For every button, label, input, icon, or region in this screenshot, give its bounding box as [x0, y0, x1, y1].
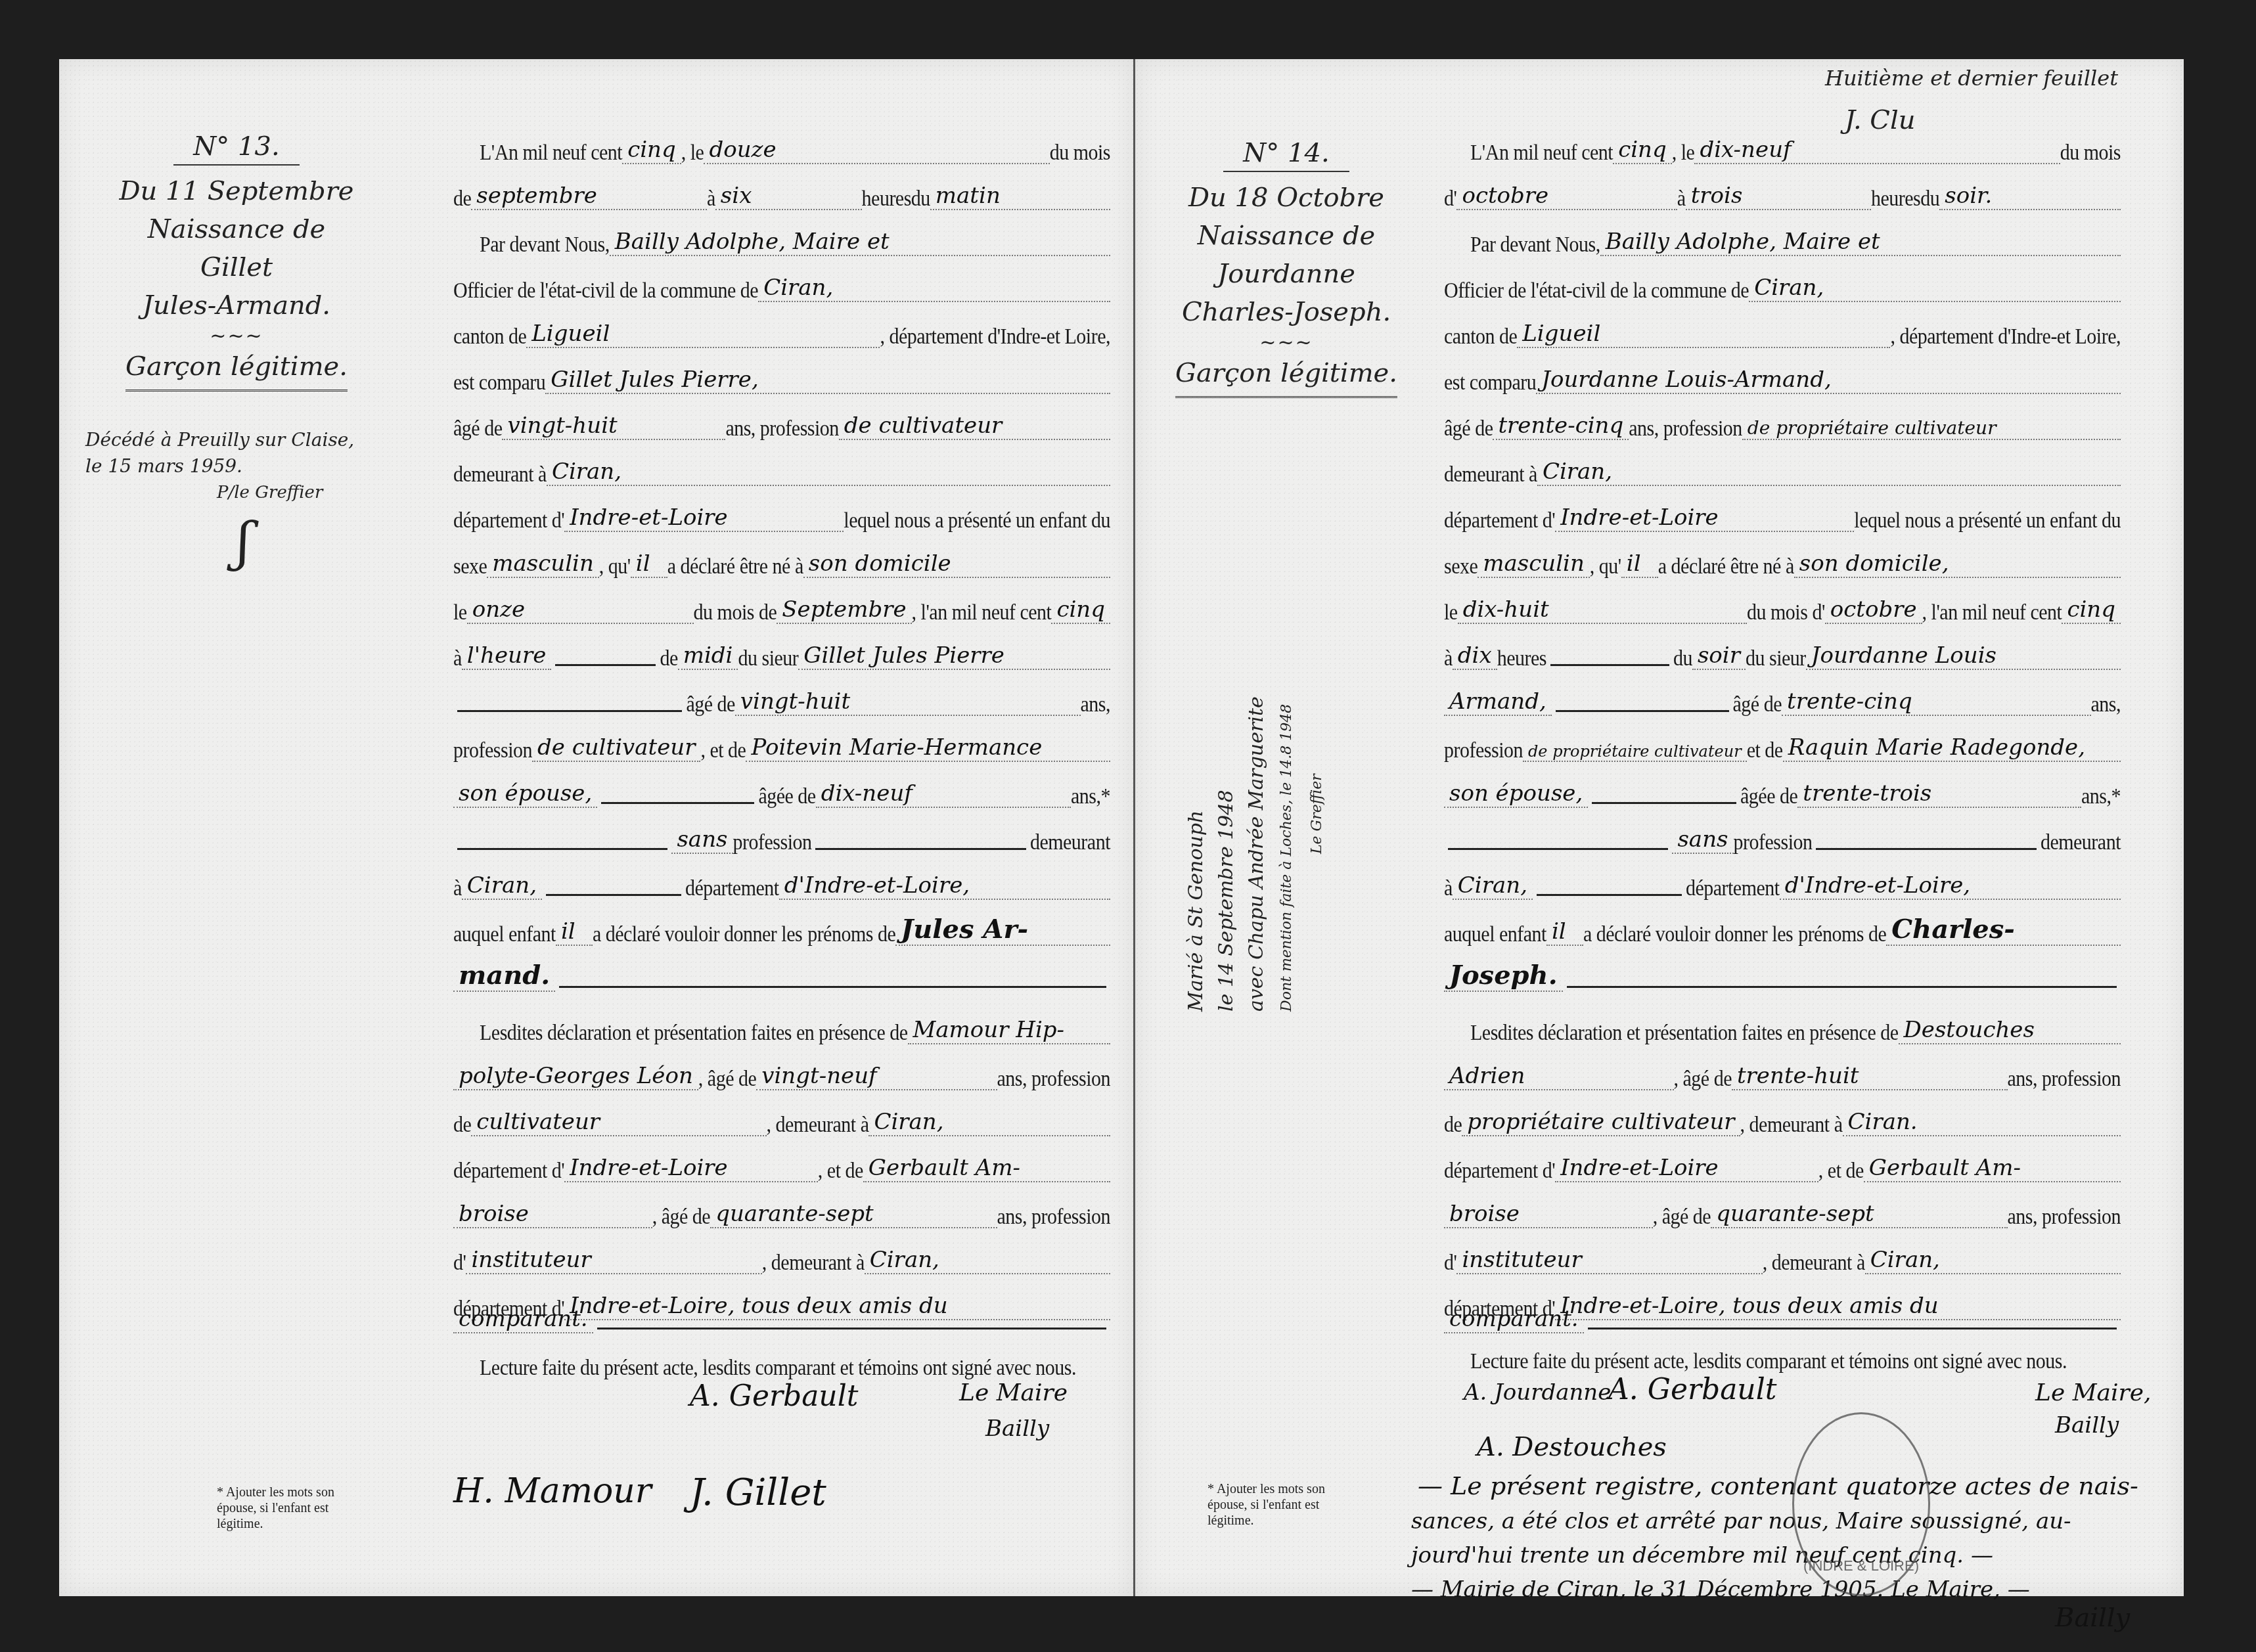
field-parents-department: d'Indre-et-Loire,	[779, 872, 1110, 900]
field-birth-hour: dix	[1453, 642, 1497, 670]
field-day: douze	[704, 137, 1049, 164]
field-witness1: Destouches	[1899, 1017, 2121, 1044]
row-canton: canton deLigueil, département d'Indre-et…	[453, 315, 1110, 348]
marriage-note-line3: avec Chapu Andrée Marguerite	[1242, 696, 1272, 1012]
field-father-profession: de propriétaire cultivateur	[1523, 742, 1747, 762]
act-number: N° 14.	[1223, 138, 1349, 172]
death-note-line1: Décédé à Preuilly sur Claise,	[85, 427, 361, 453]
field-age: vingt-huit	[502, 413, 725, 440]
field-birthplace: son domicile	[803, 550, 1110, 578]
signature-witness2: A. Gerbault	[1608, 1373, 1776, 1406]
mairie-stamp: (INDRE & LOIRE)	[1792, 1412, 1930, 1596]
row-sex: sexemasculin, qu'ila déclaré être né àso…	[453, 545, 1110, 578]
signature-witness1: H. Mamour	[453, 1471, 652, 1511]
mayor-label: Le Maire,	[2035, 1379, 2151, 1406]
row-commune: Officier de l'état-civil de la commune d…	[453, 269, 1110, 302]
row-father-age: âgé devingt-huitans,	[453, 683, 1110, 716]
row-witness1-profession: decultivateur, demeurant àCiran,	[453, 1104, 1110, 1136]
register-closing-statement-cont: sances, a été clos et arrêté par nous, M…	[1411, 1504, 2167, 1607]
field-period: matin	[930, 183, 1110, 210]
field-birth-month: Septembre	[777, 596, 911, 624]
marriage-note: Marié à St Genouph le 14 Septembre 1948 …	[1181, 696, 1332, 1012]
field-commune: Ciran,	[1749, 275, 2121, 302]
row-declarant: est comparuGillet Jules Pierre,	[453, 361, 1110, 394]
signature-declarant: J. Gillet	[690, 1471, 826, 1514]
act-number: N° 13.	[173, 131, 299, 166]
margin-title: Naissance de	[1175, 217, 1398, 255]
signature-declarant: A. Jourdanne	[1464, 1379, 1611, 1406]
field-witness1: Mamour Hip-	[908, 1017, 1110, 1044]
row-reading: Lecture faite du présent acte, lesdits c…	[453, 1347, 1110, 1379]
field-mother: Raquin Marie Radegonde,	[1783, 734, 2121, 762]
marriage-note-line5: Le Greffier	[1302, 696, 1332, 1012]
field-birth-day: onze	[467, 596, 694, 624]
field-witness2-age: quarante-sept	[710, 1201, 997, 1228]
row-residence: demeurant àCiran,	[453, 453, 1110, 486]
field-declarant: Gillet Jules Pierre,	[545, 367, 1110, 394]
field-father: Gillet Jules Pierre	[798, 642, 1110, 670]
margin-date: Du 18 Octobre	[1175, 179, 1398, 217]
field-witness2: Gerbault Am-	[1864, 1155, 2121, 1182]
field-residence: Ciran,	[547, 458, 1110, 486]
field-father-profession: de cultivateur	[532, 734, 700, 762]
field-year: cinq	[622, 137, 681, 164]
closing-line2: sances, a été clos et arrêté par nous, M…	[1411, 1504, 2167, 1538]
row-mother-profession: sansprofessiondemeurant	[453, 821, 1110, 854]
margin-surname: Jourdanne	[1175, 255, 1398, 293]
row-witness1-age: polyte-Georges Léon, âgé devingt-neufans…	[453, 1058, 1110, 1090]
row-witness1: Lesdites déclaration et présentation fai…	[453, 1012, 1110, 1044]
field-declarant: Jourdanne Louis-Armand,	[1536, 367, 2121, 394]
greffier-signature-icon: ʃ	[237, 512, 361, 571]
field-year: cinq	[1613, 137, 1672, 164]
marriage-note-line1: Marié à St Genouph	[1181, 696, 1211, 1012]
field-month: septembre	[471, 183, 707, 210]
marriage-note-line4: Dont mention faite à Loches, le 14.8 194…	[1272, 696, 1302, 1012]
marriage-note-line2: le 14 Septembre 1948	[1211, 696, 1242, 1012]
field-witness1-age: vingt-neuf	[756, 1063, 997, 1090]
act-form-14: L'An mil neuf centcinq, ledix-neufdu moi…	[1444, 131, 2121, 1314]
signature-mayor: Bailly	[985, 1416, 1049, 1442]
field-birth-month: octobre	[1825, 596, 1922, 624]
margin-status: Garçon légitime.	[125, 347, 348, 391]
left-page: N° 13. Du 11 Septembre Naissance de Gill…	[59, 59, 1133, 1596]
margin-summary: N° 13. Du 11 Septembre Naissance de Gill…	[118, 131, 355, 391]
field-canton: Ligueil	[1517, 321, 1890, 348]
field-mother-age: dix-neuf	[816, 780, 1071, 808]
field-witness2-profession: instituteur	[466, 1247, 761, 1274]
row-witness2: département d'Indre-et-Loire, et deGerba…	[453, 1150, 1110, 1182]
act-form-13: L'An mil neuf centcinq, ledouzedu mois d…	[453, 131, 1110, 1314]
field-pronoun: il	[1621, 550, 1658, 578]
death-note: Décédé à Preuilly sur Claise, le 15 mars…	[85, 427, 361, 571]
act-form-13-end: comparant. Lecture faite du présent acte…	[453, 1301, 1110, 1379]
field-department: Indre-et-Loire	[564, 504, 844, 532]
field-witness2: Gerbault Am-	[863, 1155, 1110, 1182]
field-father: Jourdanne Louis	[1806, 642, 2121, 670]
field-age: trente-cinq	[1493, 413, 1629, 440]
field-month: octobre	[1456, 183, 1677, 210]
margin-separator: ~~~	[1175, 331, 1398, 354]
field-sex: masculin	[1478, 550, 1590, 578]
field-hour: six	[715, 183, 862, 210]
row-given-names: auquel enfantila déclaré vouloir donner …	[453, 913, 1110, 946]
row-parents-residence: àCiran,départementd'Indre-et-Loire,	[453, 867, 1110, 900]
right-page: Huitième et dernier feuillet J. Clu N° 1…	[1135, 59, 2184, 1596]
field-period: soir.	[1939, 183, 2121, 210]
field-witness1-profession: cultivateur	[471, 1109, 766, 1136]
row-mother-age: son épouse,âgée dedix-neufans,*	[453, 775, 1110, 808]
top-note: Huitième et dernier feuillet	[1825, 66, 2118, 91]
field-canton: Ligueil	[526, 321, 880, 348]
field-pronoun: il	[631, 550, 667, 578]
closing-signature-mayor: Bailly	[2055, 1603, 2130, 1633]
field-birthplace: son domicile,	[1794, 550, 2121, 578]
row-officer: Par devant Nous,Bailly Adolphe, Maire et	[453, 223, 1110, 256]
signature-witness1: A. Destouches	[1477, 1432, 1667, 1462]
margin-date: Du 11 Septembre	[118, 172, 355, 210]
field-father-age: vingt-huit	[735, 688, 1081, 716]
field-witness1-residence: Ciran,	[869, 1109, 1110, 1136]
field-profession: de cultivateur	[839, 413, 1110, 440]
margin-title: Naissance de	[118, 210, 355, 248]
row-birth-hour: àl'heuredemididu sieurGillet Jules Pierr…	[453, 637, 1110, 670]
field-hour: trois	[1686, 183, 1871, 210]
field-birth-period: soir	[1692, 642, 1746, 670]
row-birth-date: leonzedu mois deSeptembre, l'an mil neuf…	[453, 591, 1110, 624]
field-father-age: trente-cinq	[1782, 688, 2091, 716]
footnote: * Ajouter les mots son épouse, si l'enfa…	[1207, 1481, 1339, 1529]
mayor-label: Le Maire	[959, 1379, 1068, 1406]
row-witness2-age: broise, âgé dequarante-septans, professi…	[453, 1195, 1110, 1228]
field-spouse: son épouse,	[453, 780, 597, 808]
signature-mayor: Bailly	[2055, 1412, 2119, 1439]
field-birth-period: midi	[678, 642, 738, 670]
field-birth-year: cinq	[1051, 596, 1110, 624]
field-officer: Bailly Adolphe, Maire et	[610, 229, 1110, 256]
row-month: deseptembreàsixheuresdumatin	[453, 177, 1110, 210]
signature-witness2: A. Gerbault	[690, 1379, 858, 1413]
act-form-14-end: comparant. Lecture faite du présent acte…	[1444, 1301, 2121, 1379]
margin-given-names: Jules-Armand.	[118, 286, 355, 324]
row-witness2-profession: d'instituteur, demeurant àCiran,	[453, 1241, 1110, 1274]
row-declarant-age: âgé devingt-huitans, professionde cultiv…	[453, 407, 1110, 440]
field-witness2-residence: Ciran,	[865, 1247, 1110, 1274]
field-officer: Bailly Adolphe, Maire et	[1600, 229, 2121, 256]
death-note-line2: le 15 mars 1959.	[85, 453, 361, 480]
field-parents-residence: Ciran,	[462, 872, 542, 900]
field-day: dix-neuf	[1694, 137, 2060, 164]
field-residence: Ciran,	[1537, 458, 2121, 486]
row-mother: professionde cultivateur, et dePoitevin …	[453, 729, 1110, 762]
row-department: département d'Indre-et-Loirelequel nous …	[453, 499, 1110, 532]
footnote: * Ajouter les mots son épouse, si l'enfa…	[217, 1485, 348, 1532]
margin-given-names: Charles-Joseph.	[1175, 293, 1398, 331]
field-given-names: Charles-	[1886, 914, 2121, 946]
field-commune: Ciran,	[758, 275, 1110, 302]
field-birth-year: cinq	[2062, 596, 2121, 624]
closing-line4: — Mairie de Ciran, le 31 Décembre 1905. …	[1411, 1573, 2167, 1607]
death-note-signed: P/le Greffier	[85, 480, 361, 506]
field-mother-profession: sans	[671, 826, 733, 854]
margin-status: Garçon légitime.	[1175, 354, 1397, 398]
field-given-names: Jules Ar-	[895, 914, 1110, 946]
closing-line3: jourd'hui trente un décembre mil neuf ce…	[1411, 1538, 2167, 1573]
field-department: Indre-et-Loire	[1555, 504, 1854, 532]
margin-separator: ~~~	[118, 324, 355, 347]
margin-surname: Gillet	[118, 248, 355, 286]
margin-summary: N° 14. Du 18 Octobre Naissance de Jourda…	[1175, 138, 1398, 398]
field-birth-day: dix-huit	[1458, 596, 1747, 624]
field-sex: masculin	[487, 550, 599, 578]
row-given-names-cont: mand.	[453, 959, 1110, 992]
field-mother-age: trente-trois	[1797, 780, 2081, 808]
field-mother: Poitevin Marie-Hermance	[746, 734, 1110, 762]
row-year: L'An mil neuf centcinq, ledouzedu mois	[453, 131, 1110, 164]
field-birth-hour: l'heure	[462, 642, 552, 670]
field-profession: de propriétaire cultivateur	[1742, 417, 2121, 440]
